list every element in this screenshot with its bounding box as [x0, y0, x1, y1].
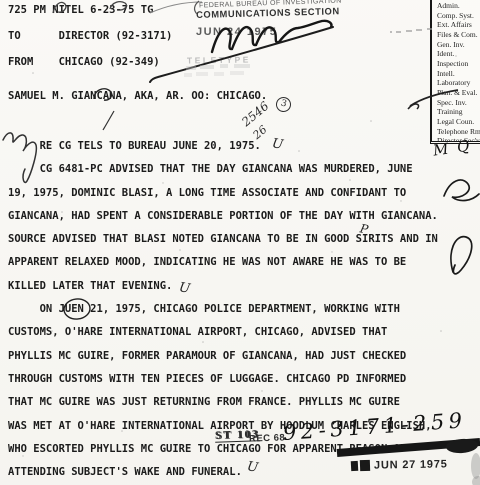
teletype-time-line: 725 PM NITEL 6-23-75 TG [8, 4, 153, 16]
scan-smudge [471, 453, 480, 479]
body-line: SOURCE ADVISED THAT BLASI NOTED GIANCANA… [8, 228, 438, 251]
body-line: ON JUEN 21, 1975, CHICAGO POLICE DEPARTM… [8, 298, 438, 321]
body-line: THROUGH CUSTOMS WITH TEN PIECES OF LUGGA… [8, 368, 438, 391]
routing-item: Laboratory [437, 78, 480, 88]
routing-item: Ident. [437, 49, 480, 59]
pen-dashes [390, 29, 432, 32]
margin-scribble [444, 180, 479, 201]
routing-strike-scribble [408, 104, 419, 109]
fbi-teletype-page: 725 PM NITEL 6-23-75 TG TO DIRECTOR (92-… [0, 0, 480, 485]
scan-smudge [472, 476, 480, 485]
routing-item: Training [437, 107, 480, 117]
routing-item: Spec. Inv. [437, 98, 480, 108]
body-line: RE CG TELS TO BUREAU JUNE 20, 1975. [8, 135, 438, 158]
routing-item: Comp. Syst. [437, 11, 480, 21]
ghost-stamp-marks [184, 66, 250, 75]
body-line: 19, 1975, DOMINIC BLASI, A LONG TIME ASS… [8, 182, 438, 205]
body-line: KILLED LATER THAT EVENING. [8, 275, 438, 298]
rec-number-stamp: REC 68 [249, 432, 286, 444]
routing-item: Gen. Inv. [437, 40, 480, 50]
routing-item: Telephone Rm. [437, 127, 480, 137]
routing-item: Inspection [437, 59, 480, 69]
body-line: THAT MC GUIRE WAS JUST RETURNING FROM FR… [8, 391, 438, 414]
routing-item: Intell. [437, 69, 480, 79]
redaction-blob [446, 438, 479, 454]
handwritten-circled-number: 3 [274, 95, 292, 113]
redaction-block [360, 460, 370, 471]
routing-item: Ext. Affairs [437, 20, 480, 30]
body-line: CG 6481-PC ADVISED THAT THE DAY GIANCANA… [8, 158, 438, 181]
to-line: TO DIRECTOR (92-3171) [8, 30, 172, 42]
body-line: CUSTOMS, O'HARE INTERNATIONAL AIRPORT, C… [8, 321, 438, 344]
communications-section-stamp: COMMUNICATIONS SECTION [196, 6, 340, 21]
redaction-block [351, 461, 359, 471]
body-line: PHYLLIS MC GUIRE, FORMER PARAMOUR OF GIA… [8, 345, 438, 368]
from-line: FROM CHICAGO (92-349) [8, 56, 160, 68]
received-date-stamp: JUN 24 1975 [196, 26, 277, 38]
pen-slash [103, 111, 114, 130]
routing-item: Files & Com. [437, 30, 480, 40]
teletype-stamp: TELETYPE [187, 54, 251, 65]
filed-date-stamp: JUN 27 1975 [374, 458, 448, 471]
routing-item: Plan. & Eval. [437, 88, 480, 98]
body-line: GIANCANA, HAD SPENT A CONSIDERABLE PORTI… [8, 205, 438, 228]
handwritten-initials: M Q [432, 136, 473, 159]
routing-item: Admin. [437, 1, 480, 11]
handwritten-note: 2546 [239, 99, 271, 129]
routing-checklist-box: Admin. Comp. Syst. Ext. Affairs Files & … [430, 0, 480, 144]
body-line: APPARENT RELAXED MOOD, INDICATING HE WAS… [8, 251, 438, 274]
margin-scribble [451, 237, 472, 274]
routing-item: Legal Coun. [437, 117, 480, 127]
stamp-arc-line [150, 2, 202, 13]
subject-line: SAMUEL M. GIANCANA, AKA, AR. OO: CHICAGO… [8, 90, 267, 102]
